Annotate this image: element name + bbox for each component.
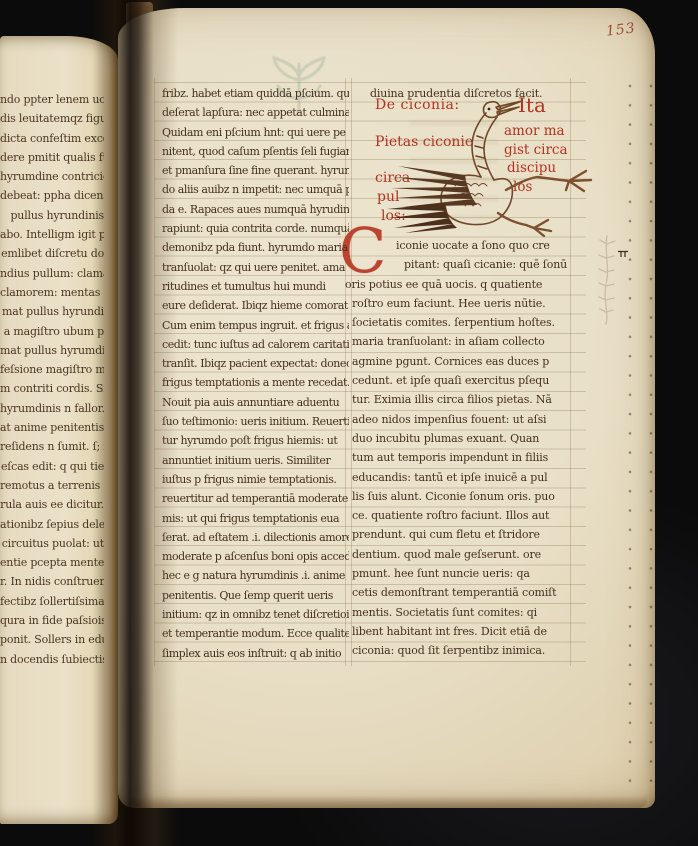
text-line: emlibet diſcretu do — [0, 244, 104, 263]
text-line: Nouit pia auis annuntiare aduentu — [162, 393, 349, 412]
text-line: pullus hyrundinis — [0, 206, 104, 225]
text-line: ſocietatis comites. ſerpentium hoſtes. — [352, 313, 572, 332]
stork-drawing-icon — [385, 80, 610, 238]
text-line: qura in fide paſsiois — [0, 611, 104, 630]
text-line: rula auis ee dicitur. — [0, 495, 104, 514]
text-line: initium: qz in omnibz tenet diſcretiois — [162, 605, 349, 624]
text-line: n docendis ſubiectis — [0, 650, 104, 669]
text-line: educandis: tantū et ipſe inuicē a pul — [352, 468, 572, 487]
text-line: adeo nidos impenſius fouent: ut aſsi — [352, 410, 572, 429]
text-line: ſuo teſtimonio: ueris initium. Reuerti — [162, 412, 349, 431]
text-line: rapiunt: quia contrita corde. numquā — [162, 219, 349, 238]
text-line: moderate p aſcenſus boni opis accedat. — [162, 547, 349, 566]
text-line: r. In nidis conſtruen — [0, 572, 104, 591]
text-line: agmine pgunt. Cornices eas duces p — [352, 352, 572, 371]
text-line: ationibz ſepius delecta — [0, 515, 104, 534]
text-line: et pmanſura ſine fine querant. hyrun — [162, 161, 349, 180]
text-line: entie pcepta mentem — [0, 553, 104, 572]
text-line: nitent, quod caſum pſentis ſeli fugiant. — [162, 142, 349, 161]
text-line: reuertitur ad temperantiā moderate ni — [162, 489, 349, 508]
page-bottom-edge — [130, 796, 647, 808]
text-line: abo. Intelligm igit p — [0, 225, 104, 244]
text-line: fectibz ſollertiſsima. ſi — [0, 592, 104, 611]
text-line: tranſuolat: qz qui uere penitet. ama — [162, 258, 349, 277]
text-line: eure deſiderat. Ibiqz hieme comorat. — [162, 296, 349, 315]
margin-mark-icon — [618, 250, 628, 258]
text-line: a magiſtro ubum p — [0, 322, 104, 341]
text-line: tranſit. Ibiqz pacient expectat: donec — [162, 354, 349, 373]
margin-doodle-icon — [596, 234, 618, 326]
text-line: penitentis. Que ſemp querit ueris — [162, 586, 349, 605]
left-page-fragment: ndo ppter lenem uoladis leuitatemqz figu… — [0, 36, 118, 824]
left-page-text: ndo ppter lenem uoladis leuitatemqz figu… — [0, 90, 104, 669]
text-line: ſimplex auis eos inſtruit: q ab initio — [162, 644, 349, 663]
manuscript-page: 153 diuina prudentia diſcretos facit. De… — [118, 8, 655, 808]
text-line: et temperantie modum. Ecce qualiter — [162, 624, 349, 643]
text-line: clamorem: mentas con — [0, 283, 104, 302]
text-line: mis: ut qui frigus temptationis eua — [162, 509, 349, 528]
folio-number: 153 — [605, 20, 636, 40]
text-line: mat pullus hyrumdi — [0, 341, 104, 360]
text-line: remotus a terrenis dele — [0, 476, 104, 495]
right-text-column: iconie uocate a ſono quo crepitant: quaſ… — [352, 236, 572, 661]
text-line: eſcas edit: q qui tie — [0, 457, 104, 476]
text-line: pmunt. hee ſunt nuncie ueris: qa — [352, 564, 572, 583]
text-line: ſerat. ad eſtatem .i. dilectionis amore. — [162, 528, 349, 547]
text-line: circuitus puolat: ut — [0, 534, 104, 553]
text-line: cedit: tunc iuſtus ad calorem caritatis — [162, 335, 349, 354]
text-line: libent habitant int fres. Dicit etiā de — [352, 622, 572, 641]
text-line: hyrumdinis n fallor. — [0, 399, 104, 418]
text-line: tur hyrumdo poſt frigus hiemis: ut — [162, 431, 349, 450]
text-line: reſidens n ſumit. ſ; in — [0, 437, 104, 456]
text-line: ndius pullum: clama — [0, 264, 104, 283]
text-line: roſtro eum faciunt. Hee ueris nūtie. — [352, 294, 572, 313]
left-text-column: fribz. habet etiam quiddā pſcium. quodde… — [162, 84, 349, 663]
pricking-holes — [628, 84, 632, 786]
text-line: dentium. quod male geſserunt. ore — [352, 545, 572, 564]
text-line: mentis. Societatis ſunt comites: qi — [352, 603, 572, 622]
manuscript-photo: ndo ppter lenem uoladis leuitatemqz figu… — [0, 0, 698, 846]
text-line: hec e g natura hyrumdinis .i. anime — [162, 566, 349, 585]
text-line: pitant: quaſi cicanie: quē ſonū — [352, 255, 572, 274]
vertical-rule — [154, 78, 155, 666]
text-line: Quidam eni pſcium hnt: qui uere pe — [162, 123, 349, 142]
text-line: mat pullus hyrundi — [0, 302, 104, 321]
text-line: cetis demonſtrant temperantiā comiſt — [352, 583, 572, 602]
text-line: ritudines et tumultus hui mundi — [162, 277, 349, 296]
text-line: at anime penitentis. — [0, 418, 104, 437]
text-line: demonibz pda fiunt. hyrumdo maria — [162, 238, 349, 257]
text-line: m contriti cordis. Si — [0, 379, 104, 398]
text-line: cedunt. et ipſe quaſi exercitus pſequ — [352, 371, 572, 390]
text-line: do aliis auibz n impetit: nec umquā p — [162, 180, 349, 199]
text-line: ponit. Sollers in edu — [0, 630, 104, 649]
text-line: ndo ppter lenem uola — [0, 90, 104, 109]
pricking-holes — [649, 84, 653, 786]
text-line: maria tranſuolant: in aſiam collecto — [352, 332, 572, 351]
text-line: hyrumdine contricio — [0, 167, 104, 186]
text-line: fribz. habet etiam quiddā pſcium. quod — [162, 84, 349, 103]
text-line: dicta confeſtim exce — [0, 129, 104, 148]
text-line: deſerat lapſura: nec appetat culmina. — [162, 103, 349, 122]
text-line: debeat: ppha dicens de — [0, 186, 104, 205]
text-line: iconie uocate a ſono quo cre — [352, 236, 572, 255]
text-line: ciconia: quod ſit ſerpentibz inimica. — [352, 641, 572, 660]
text-line: dis leuitatemqz figu — [0, 109, 104, 128]
text-line: dere pmitit qualis fu — [0, 148, 104, 167]
text-line: frigus temptationis a mente recedat. — [162, 373, 349, 392]
text-line: prendunt. qui cum fletu et ſtridore — [352, 525, 572, 544]
text-line: lis ſuis alunt. Ciconie ſonum oris. puo — [352, 487, 572, 506]
text-line: ce. quatiente roſtro faciunt. Illos aut — [352, 506, 572, 525]
text-line: tur. Eximia illis circa filios pietas. N… — [352, 390, 572, 409]
text-line: feſsione magiſtro ma — [0, 360, 104, 379]
text-line: da e. Rapaces aues numquā hyrudine — [162, 200, 349, 219]
text-line: duo incubitu plumas exuant. Quan — [352, 429, 572, 448]
text-line: Cum enim tempus ingruit. et frigus ac — [162, 316, 349, 335]
text-line: oris potius ee quā uocis. q quatiente — [345, 275, 572, 294]
text-line: tum aut temporis impendunt in filiis — [352, 448, 572, 467]
text-line: annuntiet initium ueris. Similiter — [162, 451, 349, 470]
text-line: iuſtus p frigus nimie temptationis. — [162, 470, 349, 489]
